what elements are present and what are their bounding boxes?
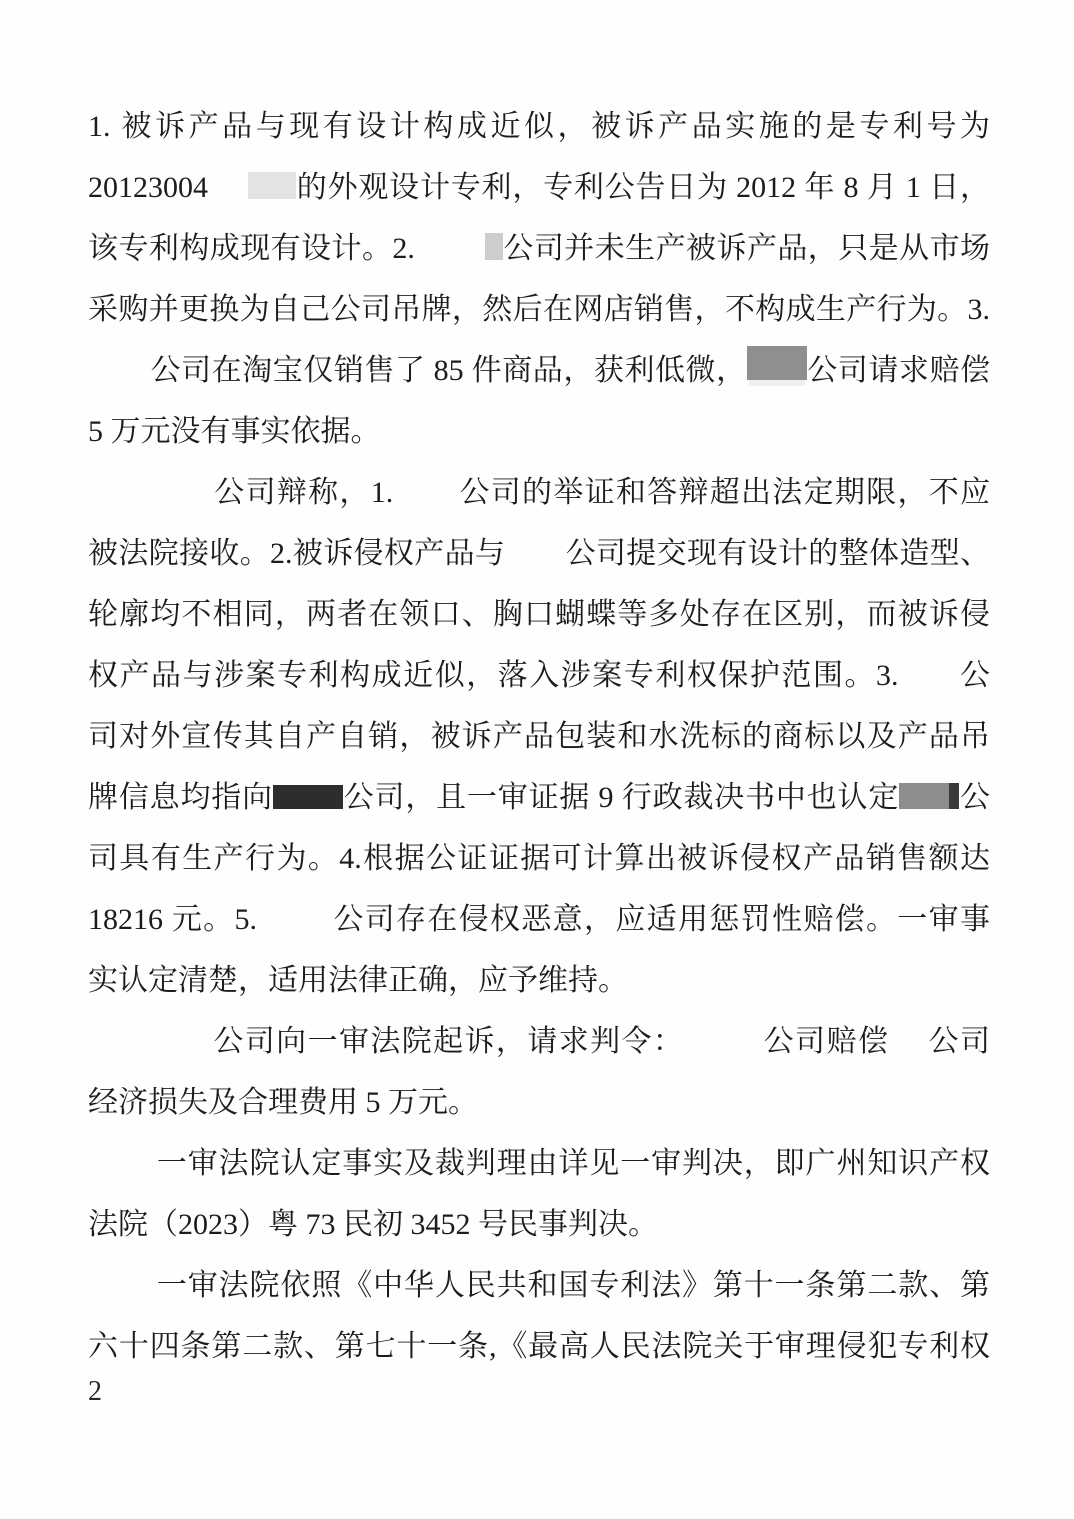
redacted-blank-space [898, 683, 958, 685]
text-segment: 5 万元没有事实依据。 [88, 415, 381, 448]
text-line: 牌信息均指向公司，且一审证据 9 行政裁决书中也认定公 [88, 767, 990, 828]
text-segment: 司具有生产行为。4.根据公证证据可计算出被诉侵权产品销售额达 [88, 842, 990, 875]
redaction-box [248, 172, 296, 199]
text-segment: 公司提交现有设计的整体造型、 [565, 537, 990, 570]
text-line: 18216 元。5.公司存在侵权恶意，应适用惩罚性赔偿。一审事 [88, 889, 990, 950]
text-line: 一审法院依照《中华人民共和国专利法》第十一条第二款、第 [88, 1255, 990, 1316]
text-line: 经济损失及合理费用 5 万元。 [88, 1072, 990, 1133]
text-line: 公司向一审法院起诉，请求判令：公司赔偿公司 [88, 1011, 990, 1072]
text-line: 采购并更换为自己公司吊牌，然后在网店销售，不构成生产行为。3. [88, 279, 990, 340]
text-line: 该专利构成现有设计。2.公司并未生产被诉产品，只是从市场 [88, 218, 990, 279]
redacted-blank-space [88, 1171, 156, 1173]
text-segment: 的外观设计专利，专利公告日为 2012 年 8 月 1 日， [296, 171, 990, 204]
text-segment: 牌信息均指向 [88, 781, 273, 814]
redacted-blank-space [684, 1049, 762, 1051]
text-line: 司对外宣传其自产自销，被诉产品包装和水洗标的商标以及产品吊 [88, 706, 990, 767]
text-segment: 司对外宣传其自产自销，被诉产品包装和水洗标的商标以及产品吊 [88, 720, 990, 753]
text-segment: 权产品与涉案专利构成近似，落入涉案专利权保护范围。3. [88, 659, 898, 692]
judgment-text-body: 1. 被诉产品与现有设计构成近似，被诉产品实施的是专利号为20123004的外观… [88, 96, 990, 1377]
text-segment: 公司，且一审证据 9 行政裁决书中也认定 [343, 781, 899, 814]
text-line: 实认定清楚，适用法律正确，应予维持。 [88, 950, 990, 1011]
text-segment: 公司并未生产被诉产品，只是从市场 [503, 232, 990, 265]
text-line: 司具有生产行为。4.根据公证证据可计算出被诉侵权产品销售额达 [88, 828, 990, 889]
redacted-blank-space [88, 378, 150, 380]
text-segment: 公司在淘宝仅销售了 85 件商品，获利低微， [150, 354, 747, 387]
text-line: 5 万元没有事实依据。 [88, 401, 990, 462]
redacted-blank-space [505, 561, 565, 563]
text-segment: 一审法院认定事实及裁判理由详见一审判决，即广州知识产权 [156, 1147, 990, 1180]
text-line: 被法院接收。2.被诉侵权产品与公司提交现有设计的整体造型、 [88, 523, 990, 584]
redacted-blank-space [393, 500, 458, 502]
scanned-judgment-page: 1. 被诉产品与现有设计构成近似，被诉产品实施的是专利号为20123004的外观… [0, 0, 1074, 1519]
redacted-blank-space [88, 1049, 212, 1051]
text-segment: 公司向一审法院起诉，请求判令： [212, 1025, 684, 1058]
text-line: 权产品与涉案专利构成近似，落入涉案专利权保护范围。3.公 [88, 645, 990, 706]
text-segment: 公 [959, 781, 990, 814]
text-line: 1. 被诉产品与现有设计构成近似，被诉产品实施的是专利号为 [88, 96, 990, 157]
text-segment: 公司的举证和答辩超出法定期限，不应 [458, 476, 990, 509]
text-segment: 公 [958, 659, 990, 692]
redacted-blank-space [88, 500, 213, 502]
redaction-box [899, 783, 959, 809]
redacted-blank-space [208, 195, 248, 197]
redacted-blank-space [88, 1293, 156, 1295]
text-segment: 被法院接收。2.被诉侵权产品与 [88, 537, 505, 570]
redacted-blank-space [257, 927, 332, 929]
text-segment: 实认定清楚，适用法律正确，应予维持。 [88, 964, 628, 997]
text-segment: 公司赔偿 [762, 1025, 889, 1058]
text-segment: 公司辩称，1. [213, 476, 393, 509]
redaction-box [485, 233, 503, 260]
text-segment: 18216 元。5. [88, 903, 257, 936]
text-line: 一审法院认定事实及裁判理由详见一审判决，即广州知识产权 [88, 1133, 990, 1194]
text-segment: 公司 [927, 1025, 990, 1058]
text-segment: 六十四条第二款、第七十一条,《最高人民法院关于审理侵犯专利权 [88, 1330, 990, 1363]
text-segment: 法院（2023）粤 73 民初 3452 号民事判决。 [88, 1208, 658, 1241]
text-segment: 1. 被诉产品与现有设计构成近似，被诉产品实施的是专利号为 [88, 110, 990, 143]
text-line: 公司辩称，1.公司的举证和答辩超出法定期限，不应 [88, 462, 990, 523]
redacted-blank-space [889, 1049, 927, 1051]
text-segment: 采购并更换为自己公司吊牌，然后在网店销售，不构成生产行为。3. [88, 293, 990, 326]
text-line: 轮廓均不相同，两者在领口、胸口蝴蝶等多处存在区别，而被诉侵 [88, 584, 990, 645]
text-line: 法院（2023）粤 73 民初 3452 号民事判决。 [88, 1194, 990, 1255]
text-segment: 该专利构成现有设计。2. [88, 232, 415, 265]
text-segment: 经济损失及合理费用 5 万元。 [88, 1086, 478, 1119]
redacted-blank-space [415, 256, 485, 258]
redaction-box [747, 346, 807, 380]
text-line: 公司在淘宝仅销售了 85 件商品，获利低微，公司请求赔偿 [88, 340, 990, 401]
page-number: 2 [88, 1372, 102, 1412]
text-segment: 一审法院依照《中华人民共和国专利法》第十一条第二款、第 [156, 1269, 990, 1302]
text-segment: 轮廓均不相同，两者在领口、胸口蝴蝶等多处存在区别，而被诉侵 [88, 598, 990, 631]
text-segment: 公司请求赔偿 [807, 354, 990, 387]
text-line: 六十四条第二款、第七十一条,《最高人民法院关于审理侵犯专利权 [88, 1316, 990, 1377]
text-segment: 公司存在侵权恶意，应适用惩罚性赔偿。一审事 [332, 903, 990, 936]
text-segment: 20123004 [88, 171, 208, 204]
text-line: 20123004的外观设计专利，专利公告日为 2012 年 8 月 1 日， [88, 157, 990, 218]
redaction-box [273, 785, 343, 809]
